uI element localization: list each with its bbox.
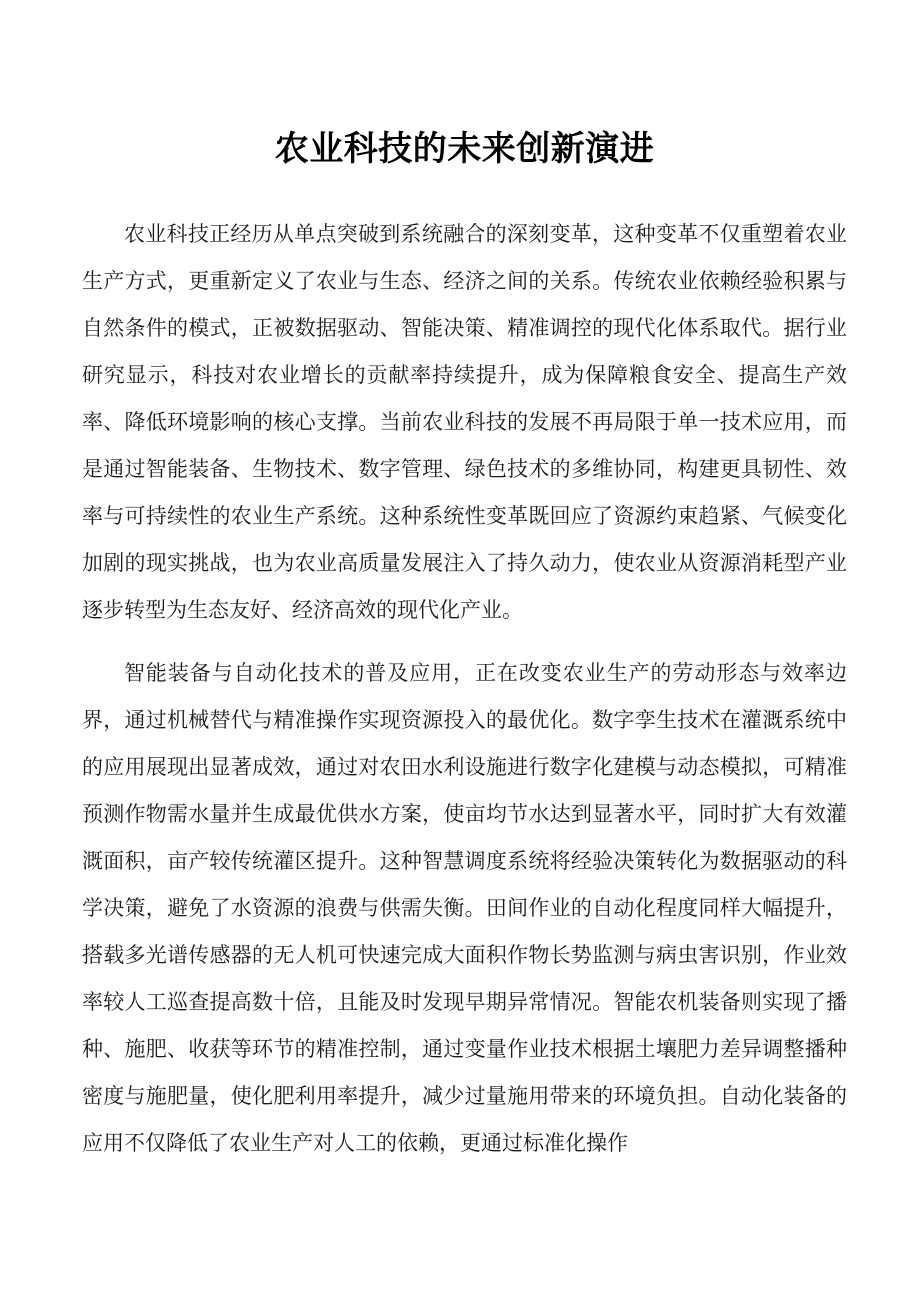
paragraph-1: 农业科技正经历从单点突破到系统融合的深刻变革，这种变革不仅重塑着农业生产方式，更… [82, 211, 847, 634]
paragraph-2: 智能装备与自动化技术的普及应用，正在改变农业生产的劳动形态与效率边界，通过机械替… [82, 650, 847, 1167]
document-page: 农业科技的未来创新演进 农业科技正经历从单点突破到系统融合的深刻变革，这种变革不… [0, 0, 920, 1302]
document-title: 农业科技的未来创新演进 [82, 126, 847, 173]
document-body: 农业科技正经历从单点突破到系统融合的深刻变革，这种变革不仅重塑着农业生产方式，更… [82, 211, 847, 1167]
